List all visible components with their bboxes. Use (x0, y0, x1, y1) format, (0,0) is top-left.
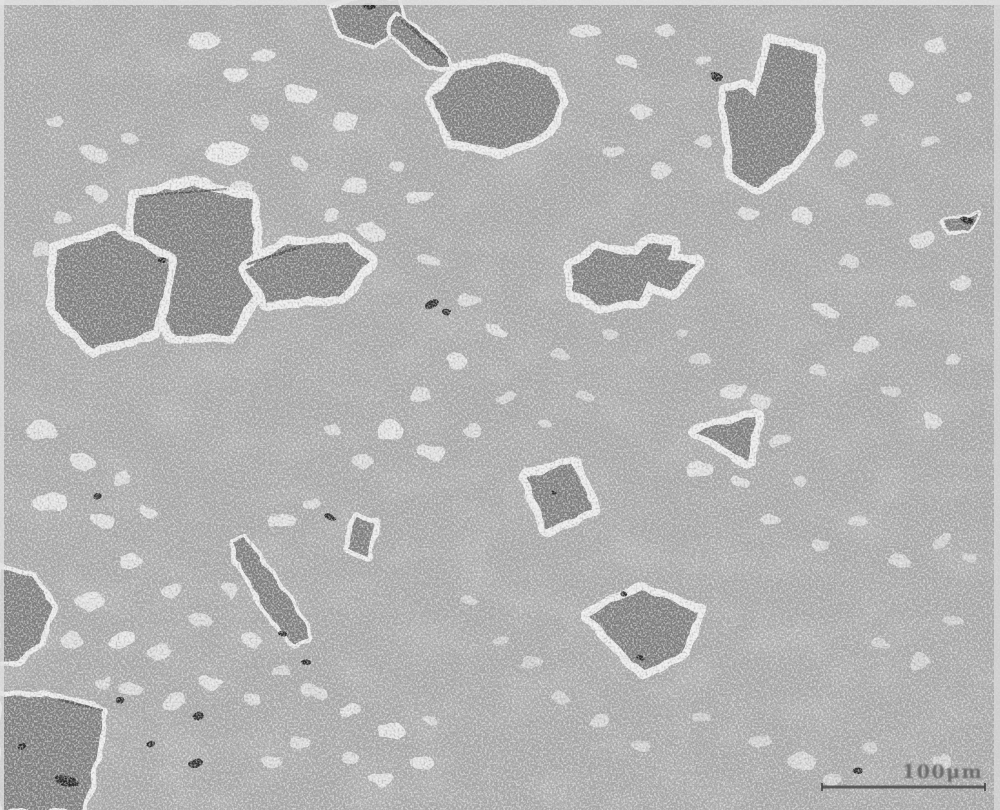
left-edge-strip (0, 0, 4, 810)
right-edge-strip (994, 0, 1000, 810)
micrograph-image: 100μm (0, 0, 1000, 810)
scale-bar-label: 100μm (902, 761, 983, 783)
dark-grain-overlay (0, 0, 1000, 810)
top-edge-strip (0, 0, 1000, 5)
micrograph-figure: 100μm (0, 0, 1000, 810)
